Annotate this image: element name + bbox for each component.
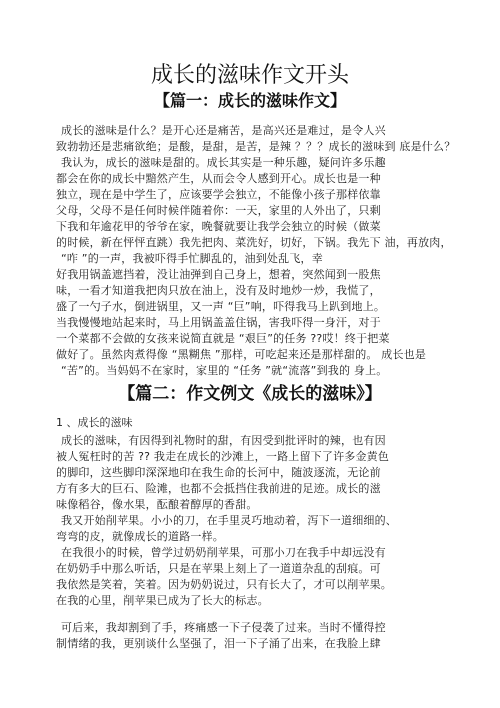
text-line: 父母，父母不是任何时候伴随着你：一天，家里的人外出了，只剩 bbox=[56, 203, 496, 219]
text-line: 我依然是笑着，笑着。因为奶奶说过，只有长大了，才可以削苹果。 bbox=[56, 577, 496, 593]
text-line: 弯弯的皮，就像成长的道路一样。 bbox=[56, 529, 496, 545]
text-line: 在我很小的时候，曾学过奶奶削苹果，可那小刀在我手中却远没有 bbox=[56, 545, 496, 561]
text-line: 独立，现在是中学生了，应该要学会独立，不能像小孩子那样依靠 bbox=[56, 187, 496, 203]
text-line: 味，一看才知道我把肉只放在油上，没有及时地炒一炒，我慌了， bbox=[56, 283, 496, 299]
text-line: 制情绪的我，更别谈什么坚强了，泪一下子涌了出来，在我脸上肆 bbox=[56, 636, 496, 652]
text-line: 致勃勃还是悲痛欲绝；是酸，是甜，是苦，是辣 ？？？成长的滋味到 底是什么？ bbox=[56, 139, 496, 155]
text-line: “咋 ”的一声，我被吓得手忙脚乱的，油到处乱飞，幸 bbox=[56, 251, 496, 267]
text-line: 做好了。虽然肉煮得像 “黑糊焦 ”那样，可吃起来还是那样甜的。 成长也是 bbox=[56, 347, 496, 363]
text-line: 下我和年逾花甲的爷爷在家，晚餐就要让我学会独立的时候（做菜 bbox=[56, 219, 496, 235]
text-line: 味像稻谷，像水果，酝酿着醇厚的香甜。 bbox=[56, 497, 496, 513]
part2-heading: 【篇二：作文例文《成长的滋味》】 bbox=[0, 383, 500, 405]
text-line: 好我用锅盖遮挡着，没让油弹到自己身上，想着，突然闻到一股焦 bbox=[56, 267, 496, 283]
part1-body: 成长的滋味是什么？是开心还是痛苦，是高兴还是难过，是令人兴致勃勃还是悲痛欲绝；是… bbox=[56, 123, 496, 379]
text-line: “苦”的。当妈妈不在家时，家里的 “任务 ”就“流落”到我的 身上。 bbox=[56, 363, 496, 379]
text-line: 在我的心里，削苹果已成为了长大的标志。 bbox=[56, 593, 496, 609]
text-line: 我认为，成长的滋味是甜的。成长其实是一种乐趣，疑问许多乐趣 bbox=[56, 155, 496, 171]
text-line: 我又开始削苹果。小小的刀，在手里灵巧地动着，泻下一道细细的、 bbox=[56, 513, 496, 529]
text-line: 在奶奶手中那么听话，只是在苹果上刻上了一道道杂乱的刮痕。可 bbox=[56, 561, 496, 577]
text-line: 的脚印，这些脚印深深地印在我生命的长河中，随波逐流，无论前 bbox=[56, 465, 496, 481]
text-line: 可后来，我却割到了手，疼痛感一下子侵袭了过来。当时不懂得控 bbox=[56, 620, 496, 636]
part2-body: 成长的滋味，有因得到礼物时的甜，有因受到批评时的辣，也有因被人冤枉时的苦 ?? … bbox=[56, 433, 496, 652]
text-line: 当我慢慢地站起来时，马上用锅盖盖住锅，害我吓得一身汗，对于 bbox=[56, 315, 496, 331]
section-heading: 1 、成长的滋味 bbox=[56, 415, 133, 431]
text-line: 被人冤枉时的苦 ?? 我走在成长的沙滩上，一路上留下了许多金黄色 bbox=[56, 449, 496, 465]
text-line: 成长的滋味是什么？是开心还是痛苦，是高兴还是难过，是令人兴 bbox=[56, 123, 496, 139]
text-line: 的时候，新在怦怦直跳）我先把肉、菜洗好，切好，下锅。我先下 油，再放肉， bbox=[56, 235, 496, 251]
paragraph-gap bbox=[56, 609, 496, 620]
text-line: 成长的滋味，有因得到礼物时的甜，有因受到批评时的辣，也有因 bbox=[56, 433, 496, 449]
text-line: 一个菜都不会做的女孩来说简直就是 “艰巨”的任务 ??哎！终于把菜 bbox=[56, 331, 496, 347]
text-line: 盛了一勺子水，倒进锅里，又一声 “巨”响，吓得我马上趴到地上。 bbox=[56, 299, 496, 315]
part1-heading: 【篇一：成长的滋味作文】 bbox=[0, 91, 500, 111]
document-title: 成长的滋味作文开头 bbox=[0, 63, 500, 89]
document-page: 成长的滋味作文开头 【篇一：成长的滋味作文】 成长的滋味是什么？是开心还是痛苦，… bbox=[0, 0, 500, 708]
text-line: 方有多大的巨石、险滩，也都不会抵挡住我前进的足迹。成长的滋 bbox=[56, 481, 496, 497]
text-line: 都会在你的成长中黯然产生，从而会令人感到开心。成长也是一种 bbox=[56, 171, 496, 187]
